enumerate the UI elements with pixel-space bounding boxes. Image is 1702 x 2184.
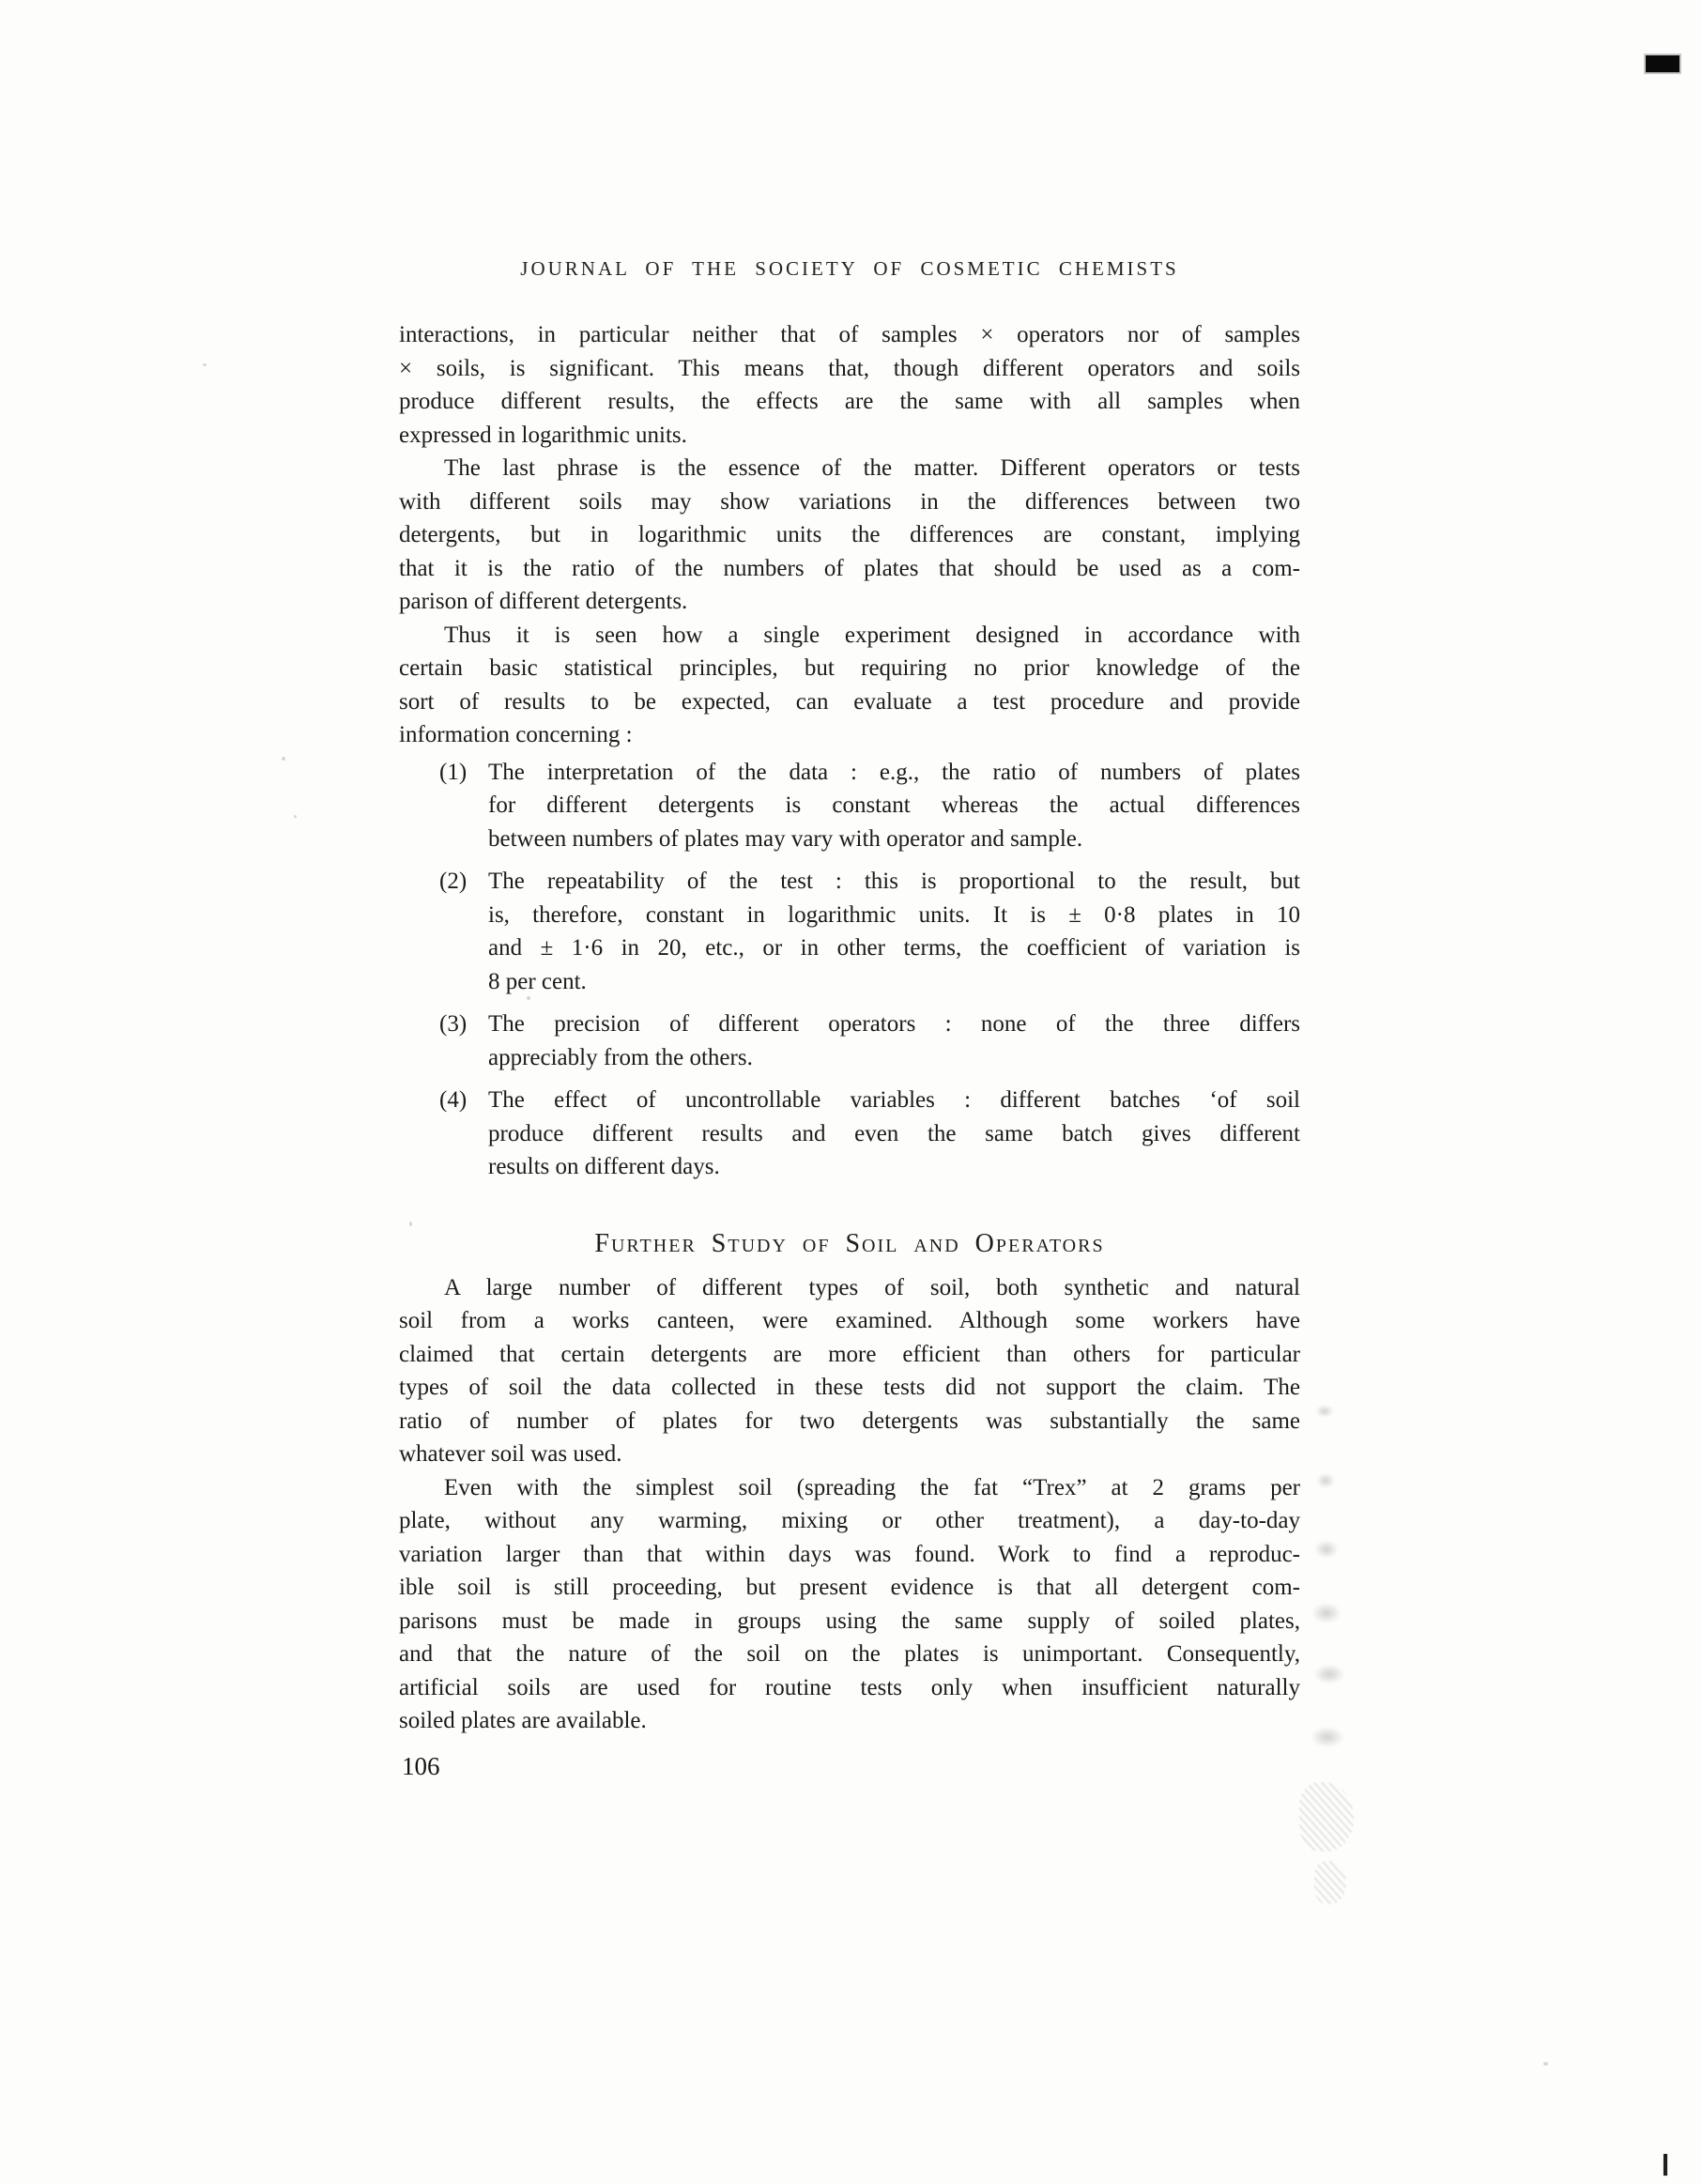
scan-smudge [1299, 1782, 1354, 1852]
scan-smudge [1311, 1537, 1342, 1561]
list-item: (4)The effect of uncontrollable variable… [488, 1084, 1300, 1184]
paragraph-interactions: interactions, in particular neither that… [399, 318, 1300, 452]
text-line: soil from a works canteen, were examined… [399, 1304, 1300, 1338]
text-line: for different detergents is constant whe… [488, 789, 1300, 823]
text-line: produce different results, the effects a… [399, 385, 1300, 419]
text-line: parisons must be made in groups using th… [399, 1605, 1300, 1638]
text-line: whatever soil was used. [399, 1438, 1300, 1471]
text-line: ratio of number of plates for two deterg… [399, 1405, 1300, 1438]
list-item-number: (4) [439, 1084, 467, 1117]
scan-black-mark [1646, 55, 1679, 72]
text-line: × soils, is significant. This means that… [399, 352, 1300, 386]
text-line: and that the nature of the soil on the p… [399, 1638, 1300, 1671]
text-line: variation larger than that within days w… [399, 1538, 1300, 1572]
text-line: The interpretation of the data : e.g., t… [488, 756, 1300, 790]
text-line: with different soils may show variations… [399, 485, 1300, 519]
text-line: artificial soils are used for routine te… [399, 1671, 1300, 1705]
scan-smudge [1313, 1470, 1338, 1491]
section-heading: Further Study of Soil and Operators [399, 1227, 1300, 1261]
scan-smudge [1309, 1661, 1350, 1687]
text-line: certain basic statistical principles, bu… [399, 652, 1300, 685]
text-line: A large number of different types of soi… [399, 1271, 1300, 1305]
text-line: results on different days. [488, 1150, 1300, 1184]
paragraph-thus-it-is-seen: Thus it is seen how a single experiment … [399, 619, 1300, 752]
text-line: sort of results to be expected, can eval… [399, 685, 1300, 719]
text-line: plate, without any warming, mixing or ot… [399, 1504, 1300, 1538]
scan-speck [294, 815, 297, 818]
scan-smudge [1307, 1599, 1346, 1627]
scan-speck [527, 996, 530, 1000]
list-item-number: (1) [439, 756, 467, 790]
text-line: Even with the simplest soil (spreading t… [399, 1471, 1300, 1505]
text-line: 8 per cent. [488, 965, 1300, 999]
list-item: (3)The precision of different operators … [488, 1007, 1300, 1074]
text-line: is, therefore, constant in logarithmic u… [488, 899, 1300, 932]
scan-smudge [1312, 1403, 1337, 1420]
document-page: JOURNAL OF THE SOCIETY OF COSMETIC CHEMI… [0, 0, 1702, 2184]
scan-smudge [1314, 1861, 1346, 1904]
scan-speck [409, 1222, 412, 1226]
paragraph-large-number-of-soils: A large number of different types of soi… [399, 1271, 1300, 1471]
scan-smudge [1305, 1723, 1350, 1751]
text-column: interactions, in particular neither that… [399, 318, 1300, 1738]
list-item: (1)The interpretation of the data : e.g.… [488, 756, 1300, 856]
text-line: information concerning : [399, 718, 1300, 752]
text-line: The effect of uncontrollable variables :… [488, 1084, 1300, 1117]
scan-speck [203, 363, 207, 366]
text-line: appreciably from the others. [488, 1041, 1300, 1075]
text-line: expressed in logarithmic units. [399, 419, 1300, 453]
text-line: soiled plates are available. [399, 1704, 1300, 1738]
scan-speck [1543, 2062, 1548, 2066]
journal-running-header: JOURNAL OF THE SOCIETY OF COSMETIC CHEMI… [399, 257, 1300, 281]
text-line: parison of different detergents. [399, 585, 1300, 619]
scan-speck [282, 757, 285, 761]
text-line: The precision of different operators : n… [488, 1007, 1300, 1041]
text-line: produce different results and even the s… [488, 1117, 1300, 1151]
paragraph-last-phrase: The last phrase is the essence of the ma… [399, 452, 1300, 619]
text-line: ible soil is still proceeding, but prese… [399, 1571, 1300, 1605]
text-line: The repeatability of the test : this is … [488, 865, 1300, 899]
text-line: Thus it is seen how a single experiment … [399, 619, 1300, 653]
scan-edge-tick [1664, 2154, 1667, 2176]
text-line: detergents, but in logarithmic units the… [399, 518, 1300, 552]
text-line: The last phrase is the essence of the ma… [399, 452, 1300, 485]
text-line: claimed that certain detergents are more… [399, 1338, 1300, 1372]
text-line: between numbers of plates may vary with … [488, 823, 1300, 856]
list-item-number: (3) [439, 1007, 467, 1041]
text-line: and ± 1·6 in 20, etc., or in other terms… [488, 931, 1300, 965]
text-line: interactions, in particular neither that… [399, 318, 1300, 352]
list-item: (2)The repeatability of the test : this … [488, 865, 1300, 998]
page-number: 106 [402, 1752, 440, 1781]
text-line: types of soil the data collected in thes… [399, 1371, 1300, 1405]
text-line: that it is the ratio of the numbers of p… [399, 552, 1300, 586]
numbered-list: (1)The interpretation of the data : e.g.… [399, 756, 1300, 1184]
paragraph-simplest-soil: Even with the simplest soil (spreading t… [399, 1471, 1300, 1738]
list-item-number: (2) [439, 865, 467, 899]
